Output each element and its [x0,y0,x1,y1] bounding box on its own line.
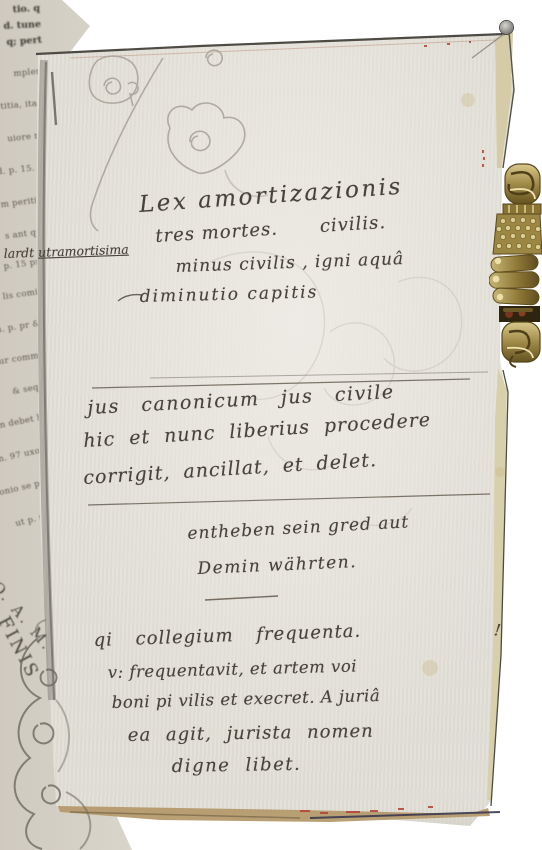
manuscript-line: ea agit, jurista nomen [128,721,374,746]
printed-text-fragment: q; pert [2,35,43,49]
manuscript-line-part-underlined: utramortisima [38,242,129,260]
corner-rivet [500,21,513,34]
book-photograph: tio. q d. tune q; pert mpleri J titia, i… [0,0,542,850]
spacer [278,232,320,235]
printed-text-fragment: h. p. pr & s [0,318,42,335]
printed-text-fragment: d. tune [1,19,42,32]
manuscript-exclamation: ! [493,620,502,640]
manuscript-line: digne libet. [172,754,302,777]
manuscript-line-part: civilis. [319,212,386,237]
clasp-prongs [489,254,539,305]
clasp-bottom-scroll [502,322,540,362]
printed-text-fragment: lis comit [0,287,42,303]
printed-text-fragment: & seq. [0,382,43,400]
brass-clasp [489,158,542,370]
printed-text-fragment: n. 97 uxorem [0,445,45,464]
clasp-recess-bar [503,308,533,312]
printed-text-fragment: onio se pern [0,478,46,498]
printed-text-fragment: s ant qu [0,227,42,243]
printed-text-fragment: ur commi [0,350,42,367]
printed-text-fragment: m debet h [0,413,44,432]
manuscript-line-part: lardt [3,245,38,261]
printed-text-fragment: tio. q [0,3,40,16]
